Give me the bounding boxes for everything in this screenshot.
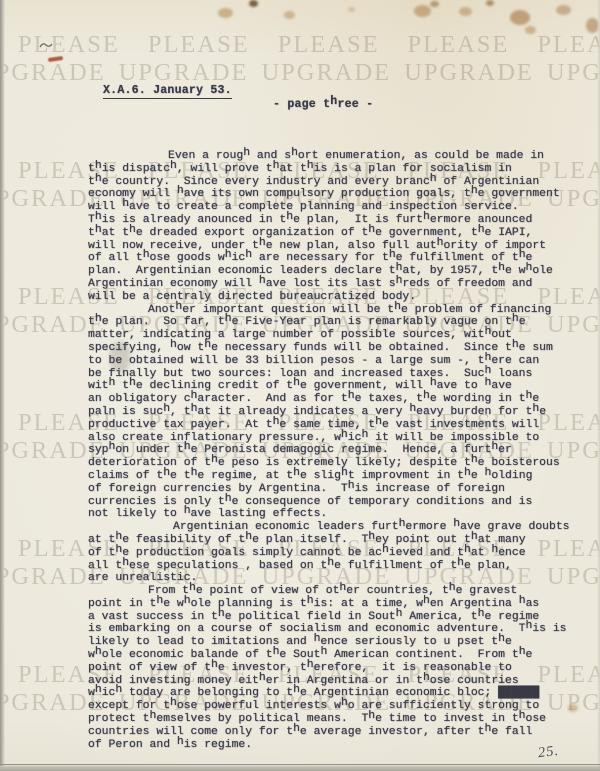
text-line: This is already anounced in the plan, It… xyxy=(88,214,574,227)
text-line: specifying, how the necessary funds will… xyxy=(88,342,574,355)
paragraph: From the point of view of other countrie… xyxy=(88,585,574,751)
text-line: likely to lead to imitations and hence s… xyxy=(88,636,574,649)
watermark-word: UPGRADE xyxy=(0,59,106,87)
text-line: economy will have its own compulsory pro… xyxy=(88,188,574,201)
text-line: which today are belonging to the Argenti… xyxy=(88,687,574,700)
scanned-document-page: PLEASEPLEASEPLEASEPLEASEPLEASEUPGRADEUPG… xyxy=(0,0,600,771)
watermark-word: PLEASE xyxy=(537,31,600,59)
handwritten-page-number: 25. xyxy=(537,743,560,762)
text-line: whole economic balande of the South Amer… xyxy=(88,649,574,662)
text-line: at the feasibility of the plan itself. T… xyxy=(88,534,574,547)
text-line: also create inflationary pressure., whic… xyxy=(88,432,574,445)
watermark-word: PLEASE xyxy=(408,31,510,59)
red-ink-mark xyxy=(48,56,63,62)
text-line: will now receive, under the new plan, al… xyxy=(88,240,574,253)
watermark-word: UPGRADE xyxy=(261,59,391,87)
text-line: that the dreaded export organization of … xyxy=(88,227,574,240)
text-line: an obligatory character. And as for the … xyxy=(88,393,574,406)
text-line: of foreign currencies by Argentina. This… xyxy=(88,483,574,496)
text-line: point of view of the investor, therefore… xyxy=(88,662,574,675)
scan-edge-bottom xyxy=(0,764,600,771)
text-line: will be a centraly directed bureaucratiz… xyxy=(88,291,574,304)
text-line: Another important question will be the p… xyxy=(88,304,574,317)
stain xyxy=(414,5,431,17)
text-line: currencies is only the consequence of te… xyxy=(88,496,574,509)
watermark-word: UPGRADE xyxy=(547,59,600,87)
text-line: Argentinian economy will have lost its l… xyxy=(88,278,574,291)
watermark-word: PLEASE xyxy=(18,31,120,59)
text-line: plan. Argentinian economic leaders decla… xyxy=(88,265,574,278)
text-line: a vast success in the political field in… xyxy=(88,611,574,624)
stain xyxy=(556,5,571,15)
stain xyxy=(486,0,494,6)
text-line: of Peron and his regime. xyxy=(88,739,574,752)
watermark-row: PLEASEPLEASEPLEASEPLEASEPLEASE xyxy=(18,31,600,59)
text-line: to be obtained will be 33 billion pesos … xyxy=(88,355,574,368)
text-line: paln is such, that it already indicates … xyxy=(88,406,574,419)
text-line: this dispatch, will prove that this is a… xyxy=(88,163,574,176)
text-line: Even a rough and short enumeration, as c… xyxy=(88,150,574,163)
text-line: the plan. So far, the Five-Year plan is … xyxy=(88,316,574,329)
paragraph: Another important question will be the p… xyxy=(88,304,574,522)
watermark-word: UPGRADE xyxy=(404,59,534,87)
stain xyxy=(218,8,233,18)
paragraph: Even a rough and short enumeration, as c… xyxy=(88,150,574,304)
text-line: the country. Since every industry and ev… xyxy=(88,176,574,189)
stain xyxy=(348,7,355,12)
pencil-mark xyxy=(38,40,56,52)
text-line: syphon under the Peronista demagogic reg… xyxy=(88,444,574,457)
text-line: will have to create a complete planning … xyxy=(88,201,574,214)
text-line: be finally but two sources: loan and inc… xyxy=(88,368,574,381)
text-line: with the declining credit of the governm… xyxy=(88,380,574,393)
scan-edge-left xyxy=(0,0,5,771)
watermark-word: PLEASE xyxy=(148,31,250,59)
stain xyxy=(525,26,536,34)
stain xyxy=(430,1,439,7)
text-line: productive tax payer. At the same time, … xyxy=(88,419,574,432)
document-reference: X.A.6. January 53. xyxy=(103,84,232,99)
watermark-row: UPGRADEUPGRADEUPGRADEUPGRADEUPGRADEUPGRA… xyxy=(0,59,600,87)
paragraph: Argentinian economic leaders furthermore… xyxy=(88,521,574,585)
text-line: except for those powerful interests who … xyxy=(88,700,574,713)
stain xyxy=(510,10,530,25)
watermark-word: UPGRADE xyxy=(119,59,249,87)
text-line: deterioration of the peso is extremely l… xyxy=(88,457,574,470)
page-label: - page three - xyxy=(273,98,373,111)
text-line: Argentinian economic leaders furthermore… xyxy=(88,521,574,534)
text-line: not likely to have lasting effects. xyxy=(88,508,574,521)
text-line: avoid investing money either in Argentin… xyxy=(88,675,574,688)
watermark-word: PLEASE xyxy=(278,31,380,59)
text-line: all these speculations , based on the fu… xyxy=(88,560,574,573)
stain xyxy=(249,0,258,7)
text-line: countries will come only for the average… xyxy=(88,726,574,739)
text-line: protect themselves by political means. T… xyxy=(88,713,574,726)
text-line: claims of the the regime, at the slight … xyxy=(88,470,574,483)
text-line: matter, indicating a large number of pos… xyxy=(88,329,574,342)
text-line: are unrealistic. xyxy=(88,572,574,585)
text-line: point in the whole planning is this: at … xyxy=(88,598,574,611)
stain xyxy=(459,7,472,16)
document-body: Even a rough and short enumeration, as c… xyxy=(88,150,574,751)
stain xyxy=(284,11,295,19)
